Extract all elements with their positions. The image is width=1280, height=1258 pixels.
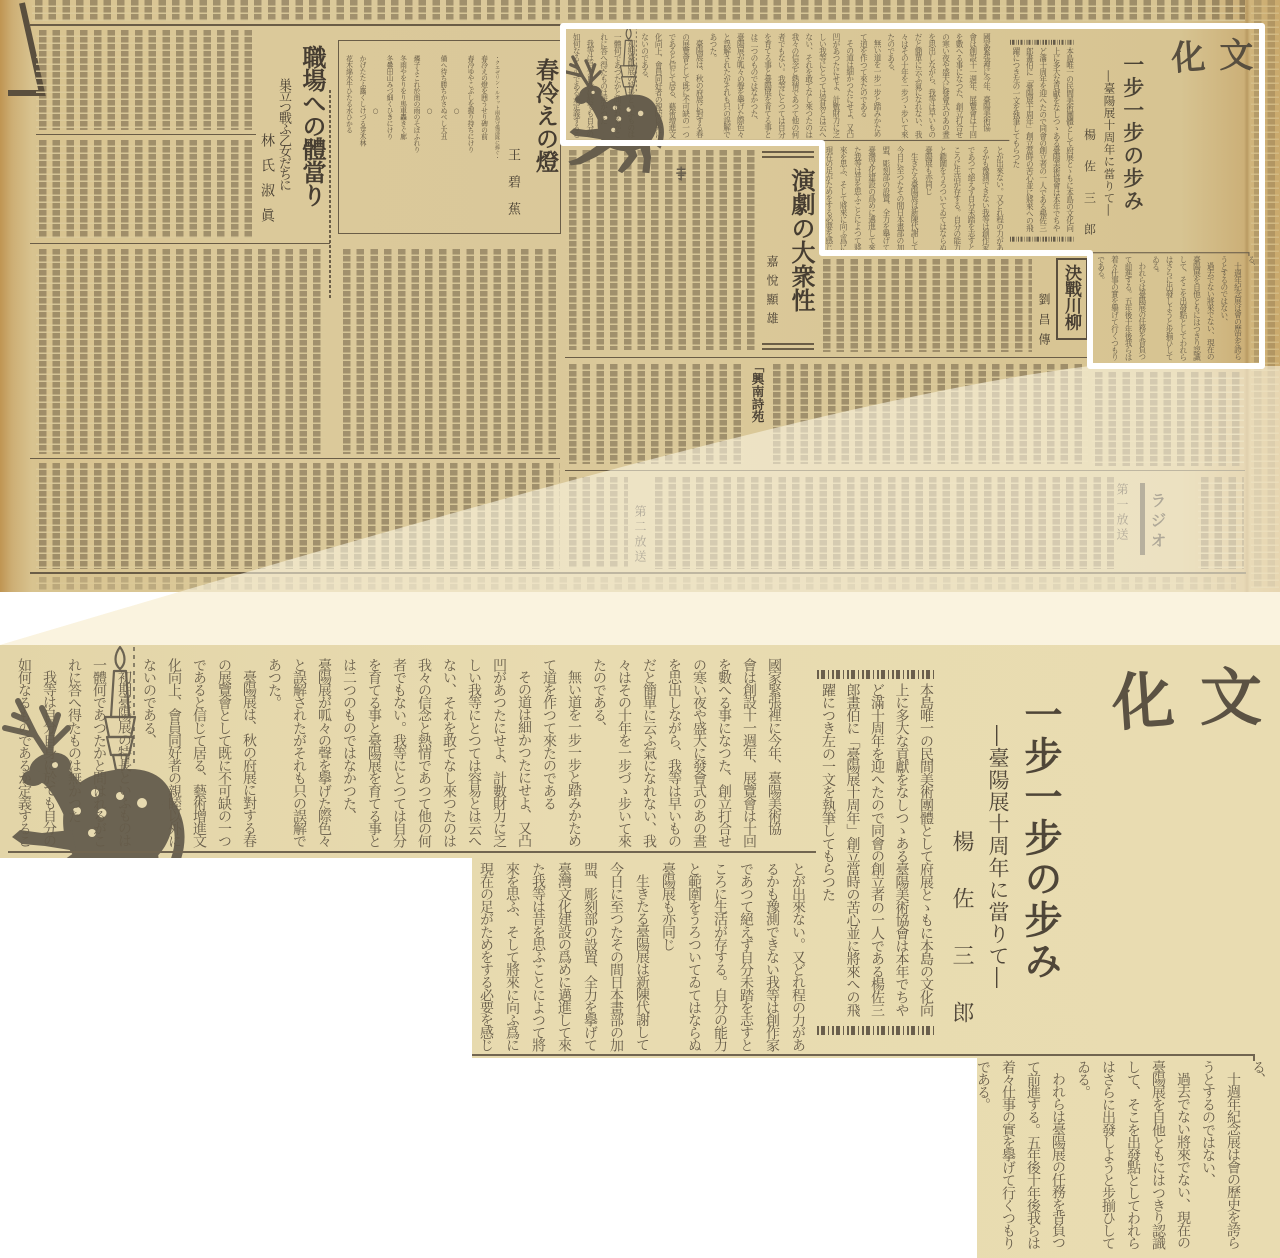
text-column: とが出來ない。又どれ程の力があ	[992, 146, 1006, 252]
text-column: と範圍をうろついてゐてはならぬ	[936, 146, 950, 252]
text-column: である。	[1094, 255, 1108, 363]
poem-line: 花木綿水牛ひたる水ひかる	[341, 55, 355, 230]
section-label-char: 化	[1110, 669, 1176, 735]
text-column: ない、それを敢てなし來つたのは	[801, 33, 815, 139]
text-column: 過去でない將來でない、現在の	[1203, 255, 1217, 363]
enlarged-article: 文 化 一步一步の步み ―臺陽展十周年に當りて― 楊佐三郎	[0, 645, 1280, 1258]
text-column: であつて絕えず自分未踏を志すと	[964, 146, 978, 252]
radio-logo-bar	[1140, 483, 1145, 555]
column-rule	[565, 470, 1245, 471]
text-column: だと簡單に云ふ氣になれない、我	[636, 658, 661, 850]
text-column: 無い道を一步一步と踏みかため	[870, 33, 884, 139]
text-column: 々はその十年を一步づゝ步いて來	[611, 658, 636, 850]
text-column: 我々の信念と熱情であつて他の何	[411, 658, 436, 850]
text-column: しい我等にとつては容易とは云へ	[815, 33, 829, 139]
body-text-lower: る、 十週年紀念展は會の歷史を誇ら うとするのではない、 過去でない將來でない、…	[1094, 255, 1258, 363]
column-rule	[36, 134, 256, 135]
column-rule	[30, 24, 562, 26]
poem-line: 燐子よこれ於南の雨のそぼふれり	[409, 55, 423, 230]
text-column: われらは臺陽展の任務を背負つ	[1045, 1060, 1070, 1255]
radio-listing-text	[1198, 477, 1244, 569]
poem-line: 冬曇田山みづ細くひきにけり	[382, 55, 396, 230]
illegible-text-block	[32, 0, 560, 21]
article-subtitle: ―臺陽展十周年に當りて―	[985, 725, 1011, 989]
text-column: ゐる。	[1148, 255, 1162, 363]
text-column: の展覽會として既に不可缺の一つ	[211, 658, 236, 850]
radio-listing-text	[566, 477, 628, 567]
text-column: 臺灣文化建設の爲めに邁進して來	[864, 146, 878, 252]
section-label-char: 文	[1200, 667, 1262, 729]
radio-listing-text	[652, 477, 1114, 569]
text-column: はさらに出發しようと步揃ひして	[1162, 255, 1176, 363]
wavy-column-divider	[329, 90, 331, 300]
text-column: の展覽會として既に不可缺の一つ	[678, 33, 692, 139]
poem-lines: ・クエゼリン・ルオット兩島守備部隊に捧ぐ・ 春冷えの燈を囲うせり碑の前 春冷ゆや…	[341, 55, 503, 230]
artist-seal-icon	[675, 166, 687, 180]
text-column: 臺陽展が呱々の聲を擧げた際色々	[733, 33, 747, 139]
text-column: 如何なるものであるか定義するこ	[569, 33, 583, 139]
text-column: て道を作つて來たのである	[856, 33, 870, 139]
text-column: て道を作つて來たのである	[536, 658, 561, 850]
highlighted-region: 文 化 一步一步の步み ―臺陽展十周年に當りて― 楊佐三郎	[563, 26, 1263, 365]
text-column: 來を思ふ、そして將來に向ふ爲に	[499, 862, 525, 1054]
poem-dedication: ・クエゼリン・ルオット兩島守備部隊に捧ぐ・	[490, 55, 504, 230]
text-column: 我等は自分自身に於ても自分の	[583, 33, 597, 139]
text-column: を思出しながら、我等は早いもの	[661, 658, 686, 850]
text-column: 臺陽展も亦同じ	[921, 146, 935, 252]
section-label-char: 文	[1219, 38, 1253, 72]
lead-ornament-border	[1010, 237, 1075, 242]
text-column: ころに生活が存する。自分の能力	[707, 862, 733, 1054]
text-column: ないのである、	[637, 33, 651, 139]
text-column: 臺灣文化建設の爲めに邁進して來	[551, 862, 577, 1054]
text-column: 上に多大な貢獻をなしつゝある臺陽美術協會は本年でちや	[889, 683, 914, 1023]
poem-line: 春冷ゆやこぶしを握り持ちにけり	[463, 55, 477, 230]
text-column: 十週年紀念展は會の歷史を誇ら	[1230, 255, 1244, 363]
text-column: あつた。	[261, 658, 286, 850]
illegible-text-block	[36, 463, 560, 569]
text-column: 郎畫伯に「臺陽展十周年」創立當時の苦心並に將來への飛	[840, 683, 865, 1023]
illegible-text-block	[36, 140, 256, 238]
text-column: を數へる事になつた、創立打合せ	[952, 33, 966, 139]
illegible-text-block	[565, 0, 1245, 21]
text-column: 會は創設十一週年、展覽會は十回	[966, 33, 980, 139]
text-column: を育てる事と臺陽展を育てる事と	[760, 33, 774, 139]
illegible-text-block	[36, 30, 256, 130]
text-column: しい我等にとつては容易とは云へ	[461, 658, 486, 850]
text-column: 如何なるものであるか定義するこ	[11, 658, 36, 850]
text-column: 一體何であつたかと問はれるがこ	[610, 33, 624, 139]
text-column: 國家緊張裡に今年、臺陽美術協	[979, 33, 993, 139]
poem-separator: ○	[368, 55, 382, 230]
text-column: 盟、彫刻部の設置、全力を擧げて	[577, 862, 603, 1054]
text-column: て前進する。五年後十年後我らは	[1020, 1060, 1045, 1255]
lead-ornament-border	[1010, 40, 1075, 45]
text-column: 今日に至つたその間日本畫部の加	[603, 862, 629, 1054]
radio-logo: ラジオ	[1148, 492, 1166, 552]
text-column: であると信じて居る、藝術增進文	[186, 658, 211, 850]
article-title: 一步一步の步み	[1120, 54, 1144, 213]
tier-divider-rule	[821, 252, 1249, 253]
text-column: 現在の足がためをする必要を感じ	[822, 146, 836, 252]
workplace-article-headline: 職場への體當り	[299, 45, 325, 206]
artist-seal-icon	[205, 899, 227, 925]
text-column: れに答へ得たものは無かつた	[596, 33, 610, 139]
text-column: 無い道を一步一步と踏みかため	[561, 658, 586, 850]
text-column: る、	[1244, 255, 1258, 363]
highlighted-article-miniature: 文 化 一步一步の步み ―臺陽展十周年に當りて― 楊佐三郎	[563, 26, 1263, 183]
poem-line: かげたたふ靄くしけづる芽木林	[355, 55, 369, 230]
article-title: 一步一步の步み	[1018, 695, 1062, 982]
body-text-upper: 國家緊張裡に今年、臺陽美術協 會は創設十一週年、展覽會は十回 を數へる事になつた…	[569, 33, 993, 139]
text-column: た我等は昔を思ふことによつて將	[850, 146, 864, 252]
text-column: を數へる事になつた、創立打合せ	[711, 658, 736, 850]
page-bottom-rule	[30, 572, 1246, 574]
illegible-text-block	[566, 364, 744, 464]
text-column: と範圍をうろついてゐてはならぬ	[681, 862, 707, 1054]
text-column: 者でもない。我等にとつては自分	[386, 658, 411, 850]
column-rule	[30, 243, 330, 244]
text-column: 躍につき左の一文を執筆してもらつた	[816, 683, 841, 1023]
text-column: であると信じて居る、藝術增進文	[665, 33, 679, 139]
text-column: 今日に至つたその間日本畫部の加	[893, 146, 907, 252]
text-column: るかも豫測できない我等は創作家	[978, 146, 992, 252]
text-column: われらは臺陽展の任務を背負つ	[1135, 255, 1149, 363]
text-column: たのである、	[586, 658, 611, 850]
text-column: る、	[1245, 1060, 1270, 1255]
poem-separator: ○	[422, 55, 436, 230]
text-column: ないのである、	[136, 658, 161, 850]
text-column: 臺陽展が呱々の聲を擧げた際色々	[311, 658, 336, 850]
text-column: 國家緊張裡に今年、臺陽美術協	[761, 658, 786, 850]
text-column: た我等は昔を思ふことによつて將	[525, 862, 551, 1054]
text-column: その道は細かつたにせよ、又凸	[843, 33, 857, 139]
text-column: 本島唯一の民間美術團體として府展とゝもに本島の文化向	[914, 683, 939, 1023]
text-column: ど滿十周年を迎へたので同會の創立者の一人である楊佐三	[865, 683, 890, 1023]
text-column: 生きたる臺陽展は新陳代謝して	[907, 146, 921, 252]
illegible-text-block	[340, 249, 558, 454]
text-column: とが出來ない。又どれ程の力があ	[785, 862, 811, 1054]
text-column: 上に多大な貢獻をなしつゝある臺陽美術協會は本年でちや	[1049, 47, 1062, 235]
poem-title: 春冷えの燈	[533, 58, 557, 173]
tier-divider-rule	[472, 1054, 1255, 1056]
text-column: 十週年紀念展は會の歷史を誇ら	[1220, 1060, 1245, 1255]
text-column: うとするのではない、	[1217, 255, 1231, 363]
text-column: だと簡單に云ふ氣になれない、我	[911, 33, 925, 139]
text-column: 凹があつたにせよ、計數財力に乏	[486, 658, 511, 850]
lead-ornament-border	[817, 1026, 935, 1035]
tier-divider-rule	[567, 140, 1009, 141]
text-column: 臺陽展を自他ともにはつきり認識	[1145, 1060, 1170, 1255]
illegible-text-block	[770, 364, 1088, 464]
text-column: 一體何であつたかと問はれるがこ	[86, 658, 111, 850]
enlarged-article-view: 文 化 一步一步の步み ―臺陽展十周年に當りて― 楊佐三郎	[0, 645, 1280, 1258]
workplace-article-author: 林氏淑眞	[259, 133, 274, 233]
text-column: 臺陽展も亦同じ	[655, 862, 681, 1054]
newspaper-page-scan: 職場への體當り 巣立つ戰ふ乙女だちに 林氏淑眞 春冷えの燈 王碧蕉 ・クエゼリン…	[0, 0, 1280, 592]
text-column: 臺陽展は、秋の府展に對する春	[692, 33, 706, 139]
text-column: 我等は自分自身に於ても自分の	[36, 658, 61, 850]
text-column: 々はその十年を一步づゝ步いて來	[897, 33, 911, 139]
text-column: 着々仕事の實を擧げて行くつもり	[995, 1060, 1020, 1255]
second-broadcast-heading: 第二放送	[633, 505, 647, 565]
text-column: は二つのものではなかつた、	[336, 658, 361, 850]
article-author: 楊佐三郎	[1082, 128, 1096, 254]
text-column: 初期臺陽展の特長といふものは	[624, 33, 638, 139]
text-column: 本島唯一の民間美術團體として府展とゝもに本島の文化向	[1063, 47, 1076, 235]
illegible-text-block	[36, 249, 326, 454]
text-column: である。	[970, 1060, 995, 1255]
article-subtitle: ―臺陽展十周年に當りて―	[1102, 70, 1116, 216]
text-column: 着々仕事の實を擧げて行くつもり	[1107, 255, 1121, 363]
text-column: 我々の信念と熱情であつて他の何	[788, 33, 802, 139]
text-column: 會は創設十一週年、展覽會は十回	[736, 658, 761, 850]
text-column: ゐる。	[1070, 1060, 1095, 1255]
poem-author: 王碧蕉	[505, 148, 519, 229]
text-column: るかも豫測できない我等は創作家	[759, 862, 785, 1054]
text-column: あつた。	[706, 33, 720, 139]
text-column: 現在の足がためをする必要を感じ	[473, 862, 499, 1054]
first-broadcast-heading: 第一放送	[1115, 483, 1129, 543]
text-column: 躍につき左の一文を執筆してもらつた	[1009, 47, 1022, 235]
poem-line: 春冷えの燈を囲うせり碑の前	[476, 55, 490, 230]
text-column: はさらに出發しようと步揃ひして	[1095, 1060, 1120, 1255]
text-column: 凹があつたにせよ、計數財力に乏	[829, 33, 843, 139]
lead-paragraph: 本島唯一の民間美術團體として府展とゝもに本島の文化向 上に多大な貢獻をなしつゝあ…	[815, 683, 938, 1023]
body-text-upper: 國家緊張裡に今年、臺陽美術協 會は創設十一週年、展覽會は十回 を數へる事になつた…	[11, 658, 786, 850]
illegible-text-block	[1092, 372, 1244, 466]
text-column: であつて絕えず自分未踏を志すと	[733, 862, 759, 1054]
text-column: 臺陽展を自他ともにはつきり認識	[1189, 255, 1203, 363]
body-text-lower: る、 十週年紀念展は會の歷史を誇ら うとするのではない、 過去でない將來でない、…	[970, 1060, 1270, 1255]
text-column: は二つのものではなかつた、	[747, 33, 761, 139]
text-column: 郎畫伯に「臺陽展十周年」創立當時の苦心並に將來への飛	[1022, 47, 1035, 235]
article-author: 楊佐三郎	[948, 830, 974, 1058]
text-column: して、そこを出發點としてわれら	[1176, 255, 1190, 363]
poem-line: 備へ待ち勝ちかさぬべし大丑	[436, 55, 450, 230]
text-column: ころに生活が存する。自分の能力	[950, 146, 964, 252]
column-rule	[30, 458, 560, 459]
poem-separator: ○	[449, 55, 463, 230]
poetry-column-title: 「興南詩苑	[750, 360, 764, 423]
text-column: て前進する。五年後十年後我らは	[1121, 255, 1135, 363]
lead-ornament-border	[817, 670, 935, 679]
text-column: 化向上、會員同好者の親睦以外に	[161, 658, 186, 850]
text-column: ない、それを敢てなし來つたのは	[436, 658, 461, 850]
text-column: 化向上、會員同好者の親睦以外に	[651, 33, 665, 139]
text-column: を思出しながら、我等は早いもの	[925, 33, 939, 139]
body-text-middle: とが出來ない。又どれ程の力があ るかも豫測できない我等は創作家 であつて絕えず自…	[822, 146, 1007, 252]
text-column: を育てる事と臺陽展を育てる事と	[361, 658, 386, 850]
poem-line: 冬雨やをりをり馬車轟きぐ廊	[395, 55, 409, 230]
lead-paragraph: 本島唯一の民間美術團體として府展とゝもに本島の文化向 上に多大な貢獻をなしつゝあ…	[1009, 47, 1076, 235]
text-column: と誤解されたがそれも只の誤解で	[286, 658, 311, 850]
zoom-connector-band	[0, 592, 1280, 645]
text-column: その道は細かつたにせよ、又凸	[511, 658, 536, 850]
section-label-char: 化	[1170, 39, 1206, 76]
text-column: 盟、彫刻部の設置、全力を擧げて	[879, 146, 893, 252]
text-column: 初期臺陽展の特長といふものは	[111, 658, 136, 850]
tier-divider-rule	[8, 851, 816, 853]
text-column: と誤解されたがそれも只の誤解で	[719, 33, 733, 139]
workplace-article-subtitle: 巣立つ戰ふ乙女だちに	[276, 78, 290, 190]
text-column: うとするのではない、	[1195, 1060, 1220, 1255]
text-column: 來を思ふ、そして將來に向ふ爲に	[836, 146, 850, 252]
text-column: の寒い夜や盛大に發會式のあの晝	[938, 33, 952, 139]
text-column: 生きたる臺陽展は新陳代謝して	[629, 862, 655, 1054]
text-column: 者でもない。我等にとつては自分	[774, 33, 788, 139]
body-text-middle: とが出來ない。又どれ程の力があ るかも豫測できない我等は創作家 であつて絕えず自…	[473, 862, 811, 1054]
text-column: 過去でない將來でない、現在の	[1170, 1060, 1195, 1255]
illegible-text-block	[36, 577, 1236, 590]
text-column: ど滿十周年を迎へたので同會の創立者の一人である楊佐三	[1036, 47, 1049, 235]
text-column: の寒い夜や盛大に發會式のあの晝	[686, 658, 711, 850]
text-column: して、そこを出發點としてわれら	[1120, 1060, 1145, 1255]
text-column: 臺陽展は、秋の府展に對する春	[236, 658, 261, 850]
text-column: たのである、	[884, 33, 898, 139]
text-column: れに答へ得たものは無かつた	[61, 658, 86, 850]
